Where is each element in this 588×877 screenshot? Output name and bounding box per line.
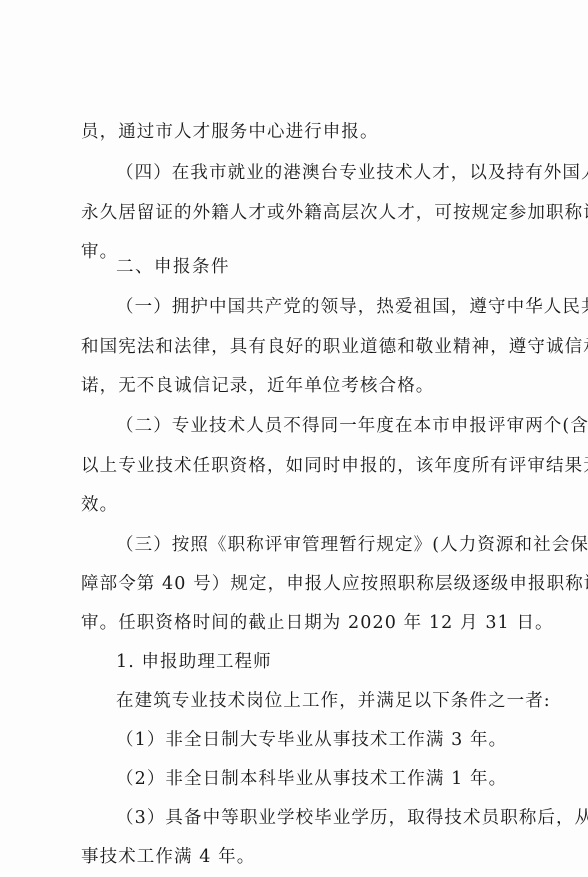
paragraph-line: 以上专业技术任职资格，如同时申报的，该年度所有评审结果无 [81, 456, 588, 476]
list-item: （2）非全日制本科毕业从事技术工作满 1 年。 [116, 769, 507, 789]
paragraph-line: 员，通过市人才服务中心进行申报。 [81, 122, 379, 142]
list-item: （1）非全日制大专毕业从事技术工作满 3 年。 [116, 730, 507, 750]
numbered-heading: 1. 申报助理工程师 [116, 652, 272, 672]
paragraph-line: （四）在我市就业的港澳台专业技术人才，以及持有外国人 [116, 163, 588, 183]
paragraph-line: 永久居留证的外籍人才或外籍高层次人才，可按规定参加职称评 [81, 203, 588, 223]
paragraph-line: 审。任职资格时间的截止日期为 2020 年 12 月 31 日。 [81, 613, 554, 633]
section-heading: 二、申报条件 [116, 257, 230, 277]
paragraph-line: 效。 [81, 495, 118, 515]
paragraph-line: 诺，无不良诚信记录，近年单位考核合格。 [81, 376, 434, 396]
paragraph-line: （二）专业技术人员不得同一年度在本市申报评审两个(含) [116, 416, 588, 436]
paragraph-line: 事技术工作满 4 年。 [81, 847, 255, 867]
paragraph-line: 审。 [81, 242, 118, 262]
paragraph-line: （三）按照《职称评审管理暂行规定》(人力资源和社会保 [116, 535, 588, 555]
paragraph-line: 和国宪法和法律，具有良好的职业道德和敬业精神，遵守诚信承 [81, 337, 588, 357]
document-page: 员，通过市人才服务中心进行申报。 （四）在我市就业的港澳台专业技术人才，以及持有… [0, 0, 588, 877]
paragraph-line: 障部令第 40 号）规定，申报人应按照职称层级逐级申报职称评 [81, 574, 588, 594]
list-item: （3）具备中等职业学校毕业学历，取得技术员职称后，从 [116, 808, 588, 828]
paragraph-line: （一）拥护中国共产党的领导，热爱祖国，遵守中华人民共 [116, 297, 588, 317]
paragraph-line: 在建筑专业技术岗位上工作，并满足以下条件之一者: [116, 691, 551, 711]
